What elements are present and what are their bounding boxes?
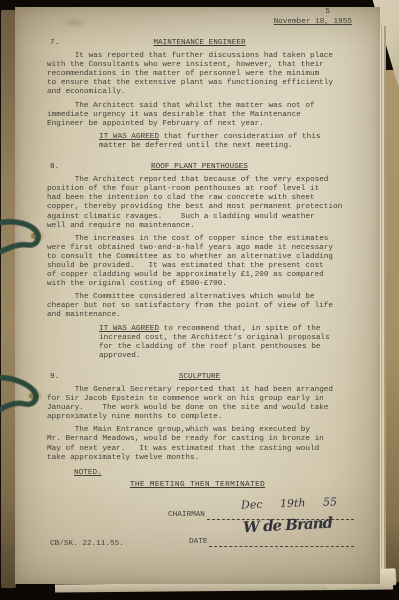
paragraph: The Architect reported that because of t… — [47, 176, 355, 231]
resolution-paragraph: IT WAS AGREED that further consideration… — [99, 133, 349, 151]
handwritten-signature: W de Brand — [243, 519, 332, 533]
page-content: 5 November 18, 1955 7. MAINTENANCE ENGIN… — [15, 7, 380, 584]
paragraph: The Architect said that whilst the matte… — [47, 102, 355, 129]
section-title: SCULPTURE — [179, 373, 221, 381]
paragraph: The increases in the cost of copper sinc… — [47, 235, 355, 290]
section-maintenance-engineer: 7. MAINTENANCE ENGINEER It was reported … — [47, 39, 352, 151]
paragraph: The General Secretary reported that it h… — [47, 386, 355, 422]
section-heading: 7. MAINTENANCE ENGINEER — [47, 39, 352, 48]
agreed-lead: IT WAS AGREED — [99, 133, 159, 141]
noted-line: NOTED. — [74, 469, 352, 478]
section-title: ROOF PLANT PENTHOUSES — [151, 163, 248, 171]
section-number: 9. — [50, 373, 59, 382]
section-number: 7. — [50, 39, 59, 48]
section-number: 8. — [50, 163, 59, 172]
date-signature-line: W de Brand — [209, 534, 354, 547]
page-stack-edges — [379, 26, 386, 582]
paragraph: The Main Entrance group,which was being … — [47, 426, 355, 462]
resolution-paragraph: IT WAS AGREED to recommend that, in spit… — [99, 325, 349, 361]
page-number: 5 — [47, 8, 352, 17]
date-heading: November 18, 1955 — [47, 17, 352, 27]
section-sculpture: 9. SCULPTURE The General Secretary repor… — [47, 373, 352, 478]
section-heading: 8. ROOF PLANT PENTHOUSES — [47, 163, 352, 172]
page-header: 5 November 18, 1955 — [47, 8, 352, 27]
photographed-minutes-page: 5 November 18, 1955 7. MAINTENANCE ENGIN… — [0, 0, 399, 600]
date-signature-row: DATE W de Brand — [189, 534, 354, 547]
paragraph: It was reported that further discussions… — [47, 52, 355, 97]
section-roof-plant-penthouses: 8. ROOF PLANT PENTHOUSES The Architect r… — [47, 163, 352, 361]
typist-reference: CB/SK. 22.11.55. — [50, 540, 124, 549]
handwritten-date: Dec 19th 55 — [241, 497, 337, 509]
binder-spine-edge — [1, 10, 16, 588]
chairman-label: CHAIRMAN — [168, 511, 205, 520]
section-heading: 9. SCULPTURE — [47, 373, 352, 382]
date-label: DATE — [189, 538, 207, 547]
noted-label: NOTED. — [74, 469, 102, 477]
section-title: MAINTENANCE ENGINEER — [153, 39, 245, 47]
paragraph: The Committee considered alternatives wh… — [47, 293, 355, 320]
meeting-terminated-line: THE MEETING THEN TERMINATED — [15, 481, 380, 490]
document-page: 5 November 18, 1955 7. MAINTENANCE ENGIN… — [15, 7, 380, 584]
agreed-lead: IT WAS AGREED — [99, 325, 159, 333]
